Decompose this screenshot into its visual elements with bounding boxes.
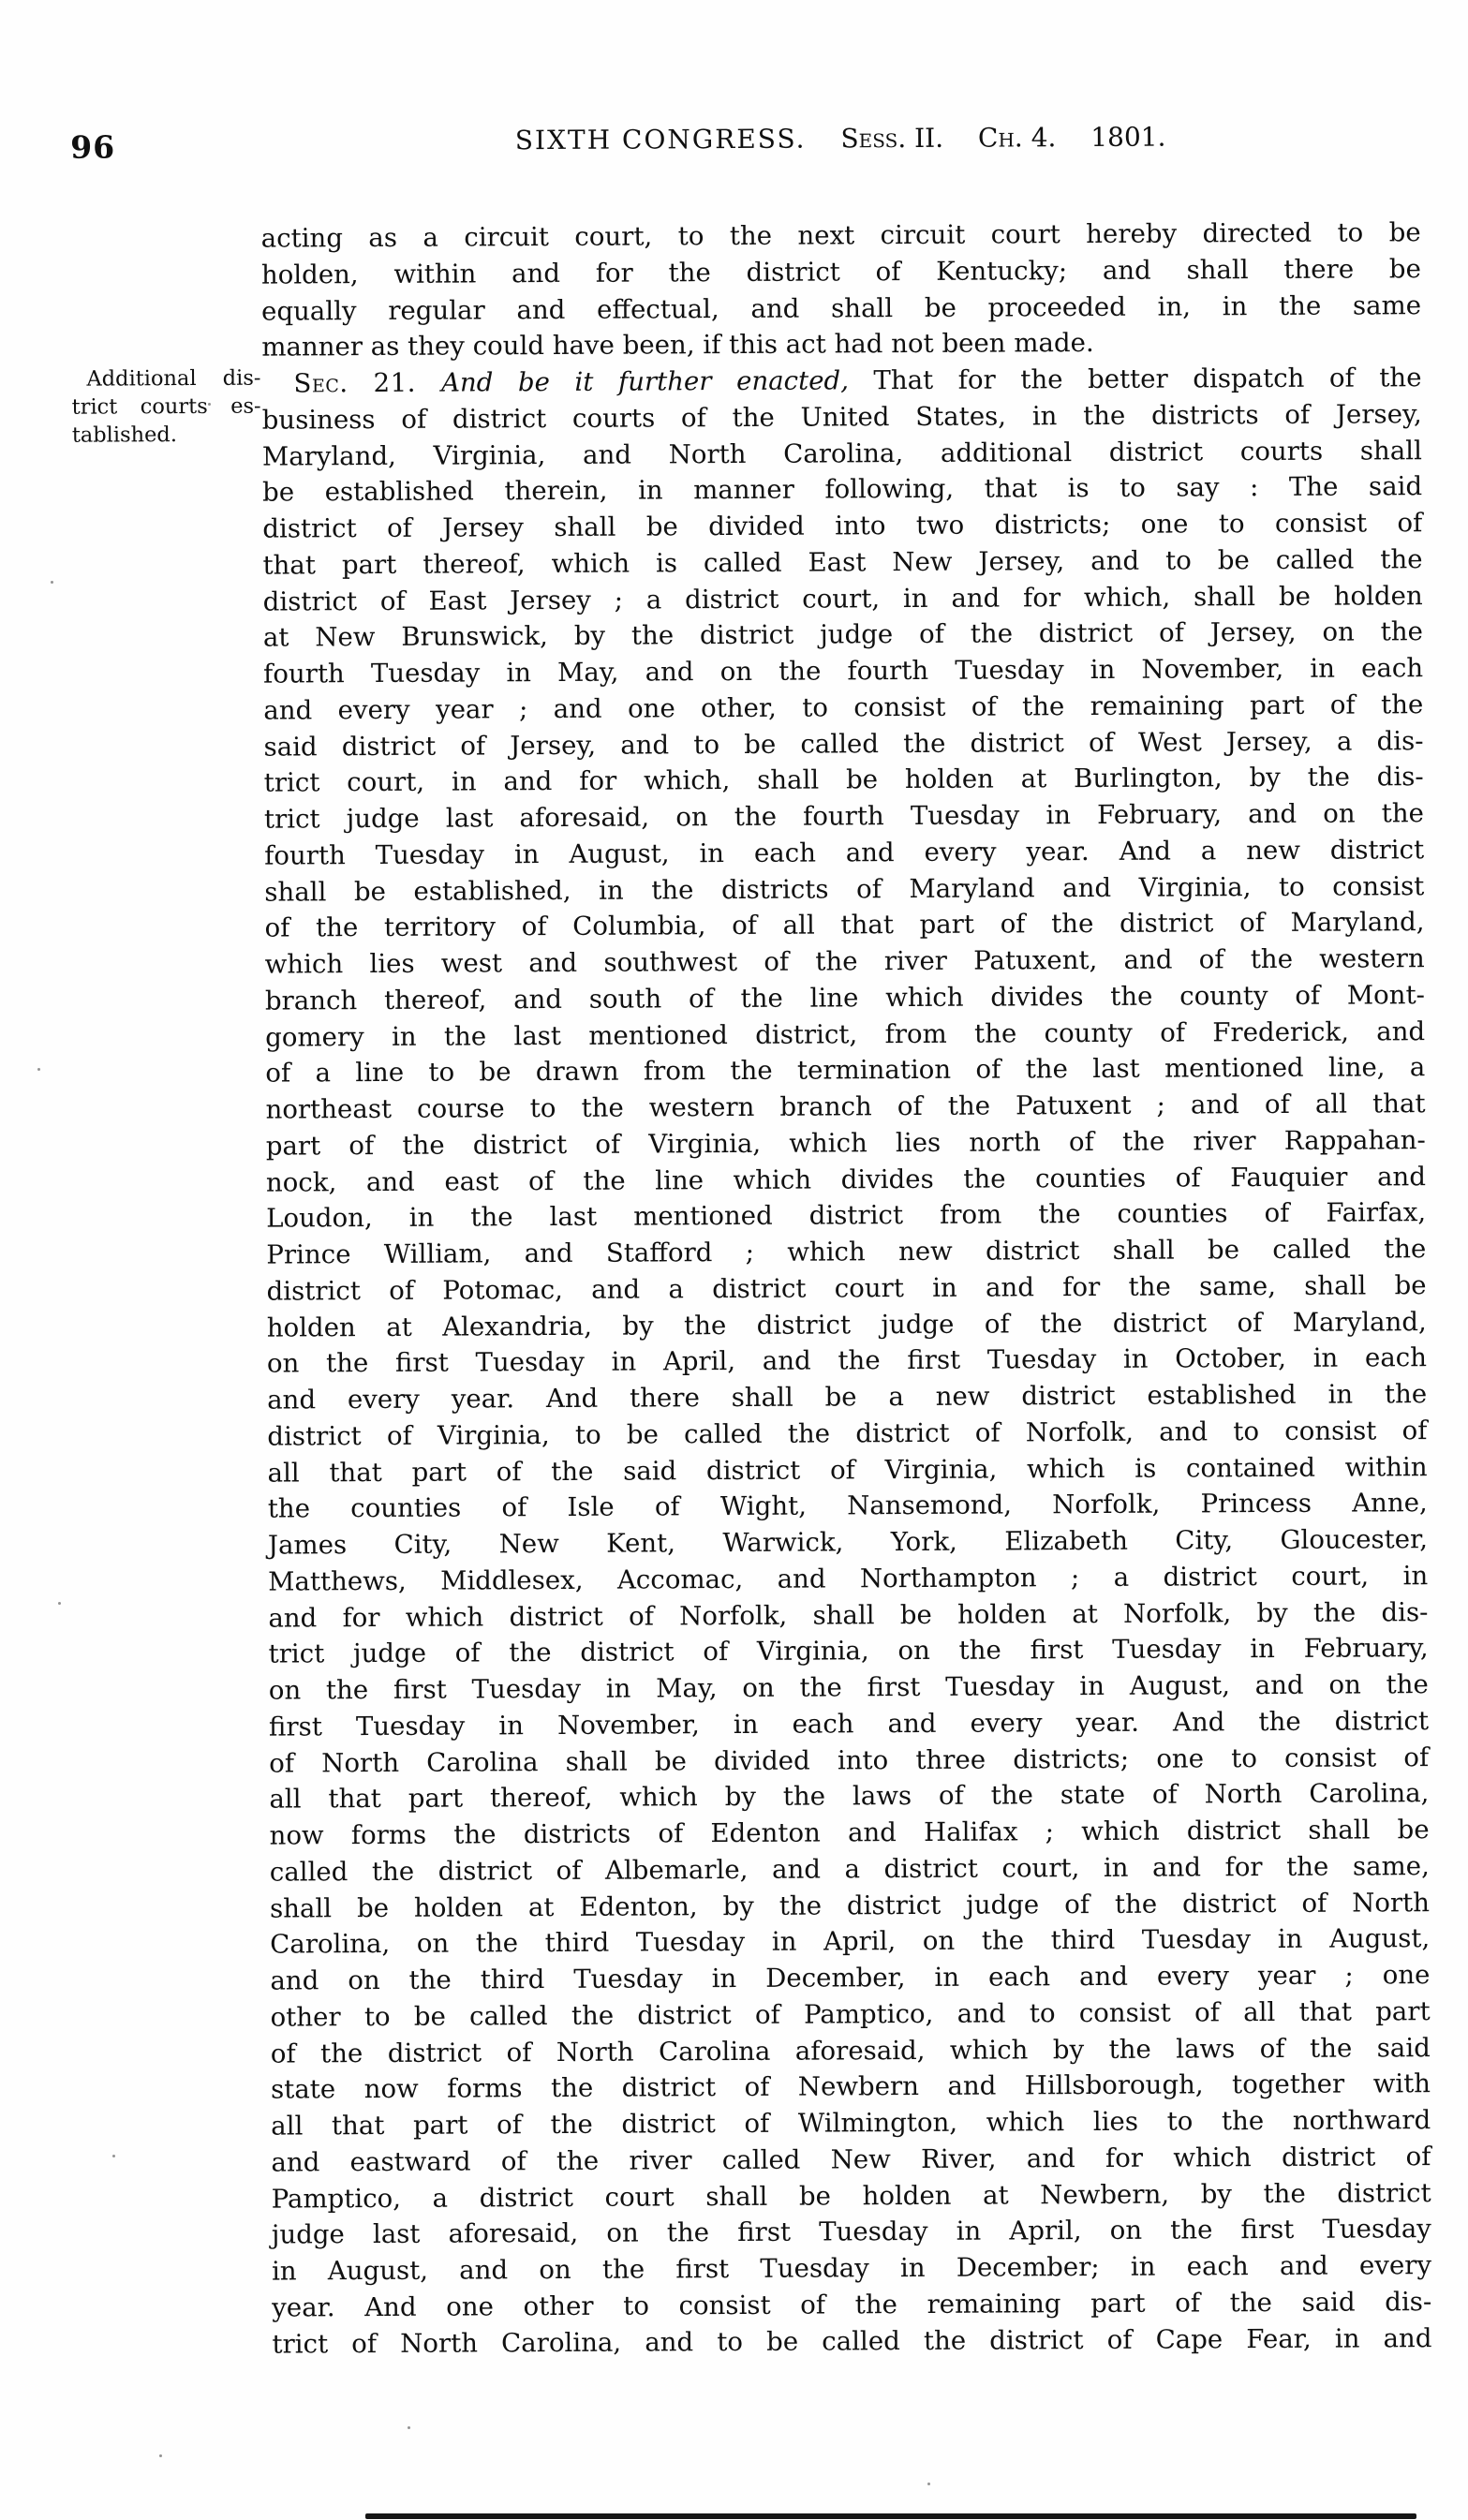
text-line: Carolina, on the third Tuesday in April,… (270, 1920, 1430, 1963)
text-line: business of district courts of the Unite… (262, 396, 1422, 438)
text-line: fourth Tuesday in August, in each and ev… (264, 832, 1424, 874)
text-line: district of Jersey shall be divided into… (262, 505, 1422, 547)
text-line: holden, within and for the district of K… (261, 251, 1421, 293)
page-number: 96 (70, 128, 115, 165)
text-line: equally regular and effectual, and shall… (261, 288, 1421, 330)
text-line: on the first Tuesday in April, and the f… (267, 1340, 1427, 1382)
text-line: part of the district of Virginia, which … (266, 1122, 1426, 1164)
text-line: Prince William, and Stafford ; which new… (266, 1231, 1426, 1273)
text-line: shall be holden at Edenton, by the distr… (270, 1885, 1430, 1927)
margin-note-line: Additional dis- (71, 364, 260, 393)
text-line: that part thereof, which is called East … (262, 541, 1422, 584)
scanned-content: 96 SIXTH CONGRESS. Sess. II. Ch. 4. 1801… (0, 0, 1468, 2520)
text-line: other to be called the district of Pampt… (271, 1994, 1431, 2036)
text-line: state now forms the district of Newbern … (271, 2066, 1431, 2108)
scan-speck (408, 2426, 410, 2429)
text-line: in August, and on the first Tuesday in D… (272, 2247, 1431, 2290)
text-line: northeast course to the western branch o… (265, 1086, 1425, 1128)
scan-speck (927, 2483, 930, 2485)
text-line: said district of Jersey, and to be calle… (263, 723, 1423, 765)
text-line: district of Potomac, and a district cour… (266, 1267, 1426, 1310)
margin-note: Additional dis- trict courts es- tablish… (71, 364, 260, 450)
text-line: and for which district of Norfolk, shall… (268, 1594, 1428, 1637)
text-line: shall be established, in the districts o… (264, 868, 1424, 911)
scan-speck (37, 1068, 40, 1071)
text-line: fourth Tuesday in May, and on the fourth… (263, 650, 1423, 692)
text-line: of the district of North Carolina afores… (271, 2030, 1431, 2072)
text-line: of North Carolina shall be divided into … (269, 1740, 1429, 1782)
text-line: gomery in the last mentioned district, f… (265, 1014, 1425, 1056)
text-line: and every year ; and one other, to consi… (263, 687, 1423, 729)
text-line: manner as they could have been, if this … (261, 323, 1421, 365)
enacting-clause: And be it further enacted, (441, 364, 874, 397)
section-label: Sec. 21. (293, 367, 441, 399)
scan-speck (112, 2155, 115, 2157)
text-line: of the territory of Columbia, of all tha… (264, 904, 1424, 946)
text-line: trict of North Carolina, and to be calle… (272, 2320, 1431, 2363)
text-line: nock, and east of the line which divides… (266, 1159, 1426, 1201)
scan-speck (208, 403, 211, 406)
text-line: now forms the districts of Edenton and H… (270, 1812, 1430, 1854)
text-line: be established therein, in manner follow… (262, 468, 1422, 511)
text-line: branch thereof, and south of the line wh… (265, 977, 1425, 1019)
header-year: 1801. (1090, 122, 1165, 153)
text-line: of a line to be drawn from the terminati… (265, 1049, 1425, 1091)
text-line-sec21-opening: Sec. 21. And be it further enacted, That… (261, 360, 1421, 402)
text-line: first Tuesday in November, in each and e… (269, 1703, 1429, 1745)
text-line: trict judge last aforesaid, on the fourt… (264, 795, 1424, 838)
text-line: which lies west and southwest of the riv… (265, 941, 1425, 983)
text-run: That for the better dispatch of the (873, 362, 1421, 395)
scan-speck (51, 581, 53, 584)
margin-note-line: tablished. (72, 421, 261, 450)
statute-page: 96 SIXTH CONGRESS. Sess. II. Ch. 4. 1801… (0, 0, 1468, 2520)
text-line: and on the third Tuesday in December, in… (270, 1957, 1430, 1999)
scan-speck (159, 2454, 162, 2457)
text-line: the counties of Isle of Wight, Nansemond… (268, 1485, 1428, 1527)
scan-speck (58, 1602, 61, 1605)
margin-note-line: trict courts es- (72, 393, 261, 422)
text-line: judge last aforesaid, on the first Tuesd… (272, 2211, 1431, 2253)
text-line: Maryland, Virginia, and North Carolina, … (262, 433, 1422, 475)
body-text: acting as a circuit court, to the next c… (261, 215, 1432, 2363)
text-line: trict court, in and for which, shall be … (264, 759, 1424, 801)
text-line: Matthews, Middlesex, Accomac, and Northa… (268, 1558, 1428, 1600)
text-line: trict judge of the district of Virginia,… (269, 1630, 1429, 1672)
text-line: all that part of the district of Wilming… (271, 2102, 1431, 2144)
text-line: acting as a circuit court, to the next c… (261, 215, 1421, 257)
text-line: Loudon, in the last mentioned district f… (266, 1194, 1426, 1237)
text-line: called the district of Albemarle, and a … (270, 1848, 1430, 1890)
scan-edge-bar (365, 2513, 1416, 2519)
header-chapter: Ch. 4. (978, 122, 1057, 153)
text-line: and eastward of the river called New Riv… (271, 2139, 1431, 2181)
text-line: all that part thereof, which by the laws… (269, 1775, 1429, 1817)
text-line: all that part of the said district of Vi… (267, 1449, 1427, 1491)
text-line: on the first Tuesday in May, on the firs… (269, 1667, 1429, 1709)
text-line: district of Virginia, to be called the d… (267, 1413, 1427, 1455)
running-head: SIXTH CONGRESS. Sess. II. Ch. 4. 1801. (260, 120, 1420, 156)
text-line: year. And one other to consist of the re… (272, 2284, 1431, 2326)
header-session: Sess. II. (840, 123, 943, 155)
text-line: and every year. And there shall be a new… (267, 1376, 1427, 1418)
text-line: district of East Jersey ; a district cou… (263, 578, 1423, 620)
text-line: Pamptico, a district court shall be hold… (272, 2175, 1431, 2217)
text-line: James City, New Kent, Warwick, York, Eli… (268, 1521, 1428, 1564)
text-line: holden at Alexandria, by the district ju… (267, 1304, 1427, 1346)
header-congress: SIXTH CONGRESS. (515, 124, 807, 156)
text-line: at New Brunswick, by the district judge … (263, 614, 1423, 656)
